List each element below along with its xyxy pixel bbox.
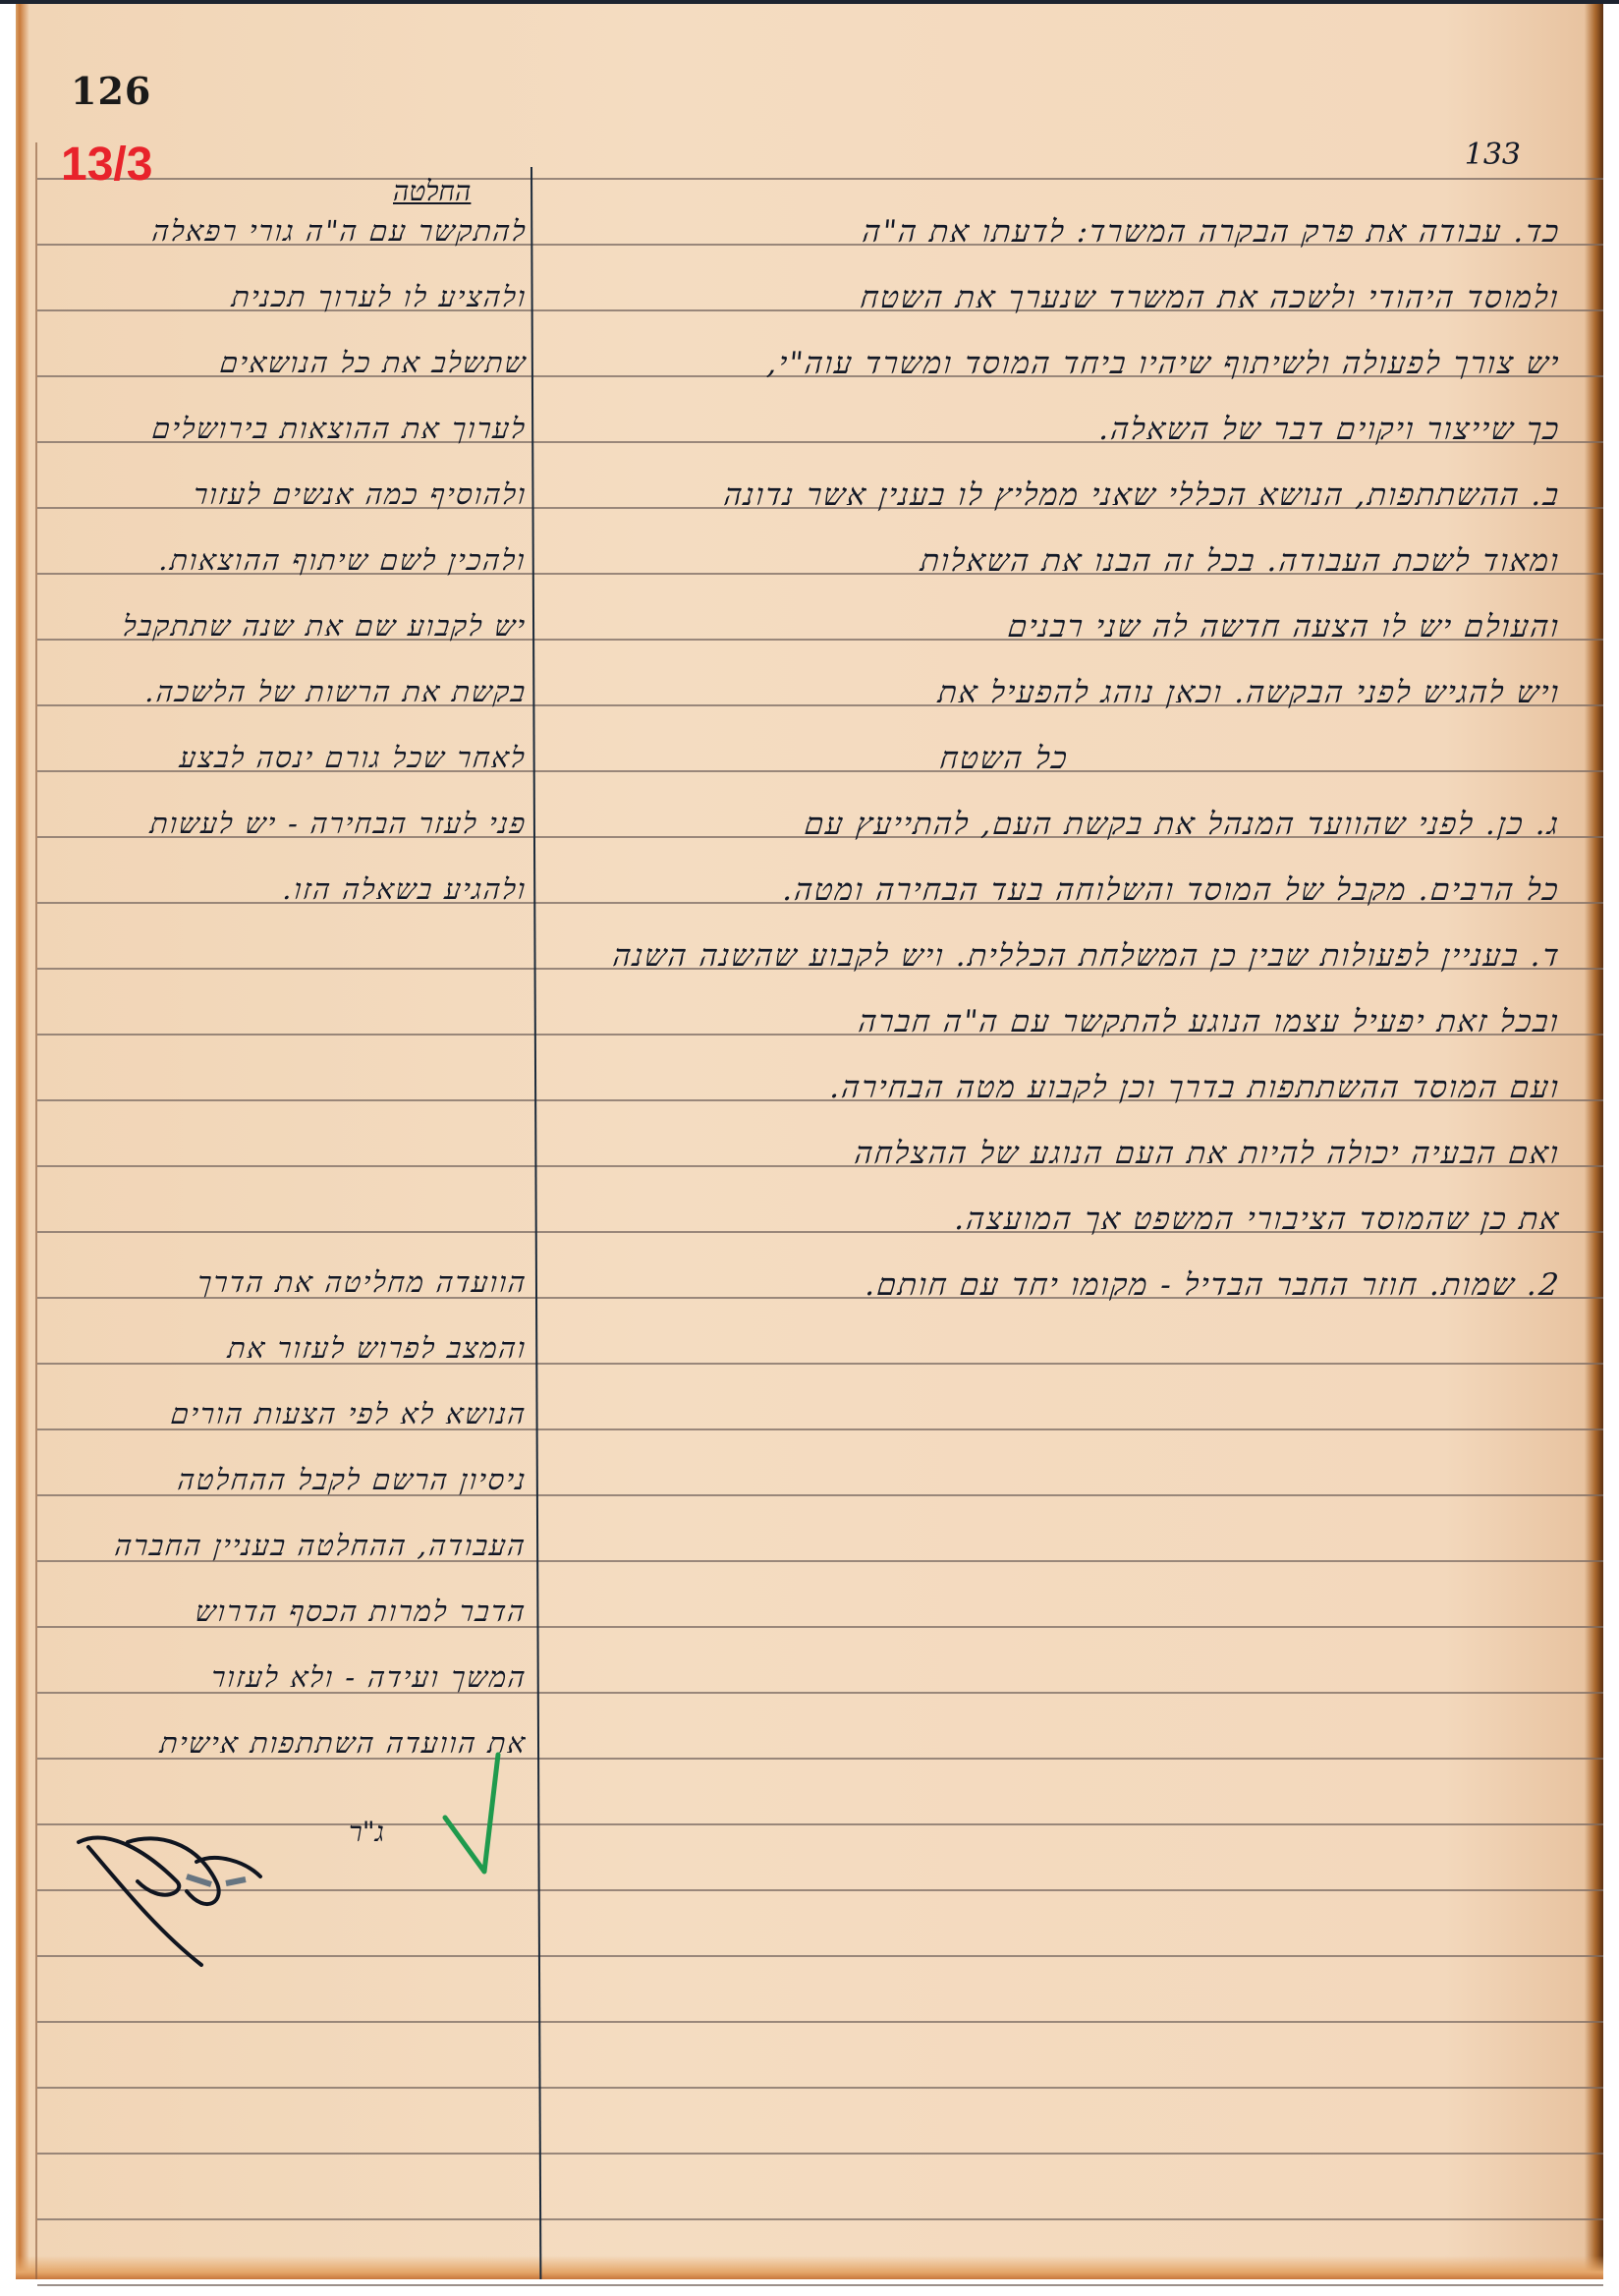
page-bottom-edge: [16, 2256, 1603, 2279]
handwritten-line: ב. ההשתתפות, הנושא הכללי שאני ממליץ לו ב…: [722, 477, 1562, 513]
green-checkmark: [437, 1749, 506, 1876]
handwritten-line: יש לקבוע שם את שנה שתתקבל: [121, 609, 528, 644]
rule-line: [37, 2153, 1603, 2155]
handwritten-line: והמצב לפרוש לעזור את: [226, 1331, 529, 1366]
handwritten-line: ולהוסיף כמה אנשים לעזור: [192, 477, 529, 512]
handwritten-line: 2. שמות. חוזר החבר הבדיל - מקומו יחד עם …: [864, 1267, 1562, 1303]
handwritten-line: ומאוד לשכת העבודה. בכל זה הבנו את השאלות: [919, 543, 1562, 579]
handwritten-line: כל השטח: [938, 741, 1070, 776]
handwritten-line: שתשלב את כל הנושאים: [218, 346, 529, 380]
handwritten-line: ד. בעניין לפעולות שבין כן המשלחת הכללית.…: [611, 938, 1562, 974]
margin-line: [35, 142, 37, 2279]
rule-line: [37, 2021, 1603, 2023]
handwritten-line: כל הרבים. מקבל של המוסד והשלוחה בעד הבחי…: [782, 872, 1562, 908]
handwritten-line: הדבר למרות הכסף הדרוש: [194, 1595, 528, 1629]
handwritten-line: ולהציע לו לערוך תכנית: [230, 280, 529, 314]
handwritten-line: ולהכין לשם שיתוף ההוצאות.: [158, 543, 529, 578]
handwritten-line: המשך ועידה - ולא לעזור: [209, 1660, 529, 1695]
handwritten-line: כד. עבודה את פרק הבקרה המשרד: לדעתו את ה…: [861, 214, 1562, 250]
handwritten-line: ולמוסד היהודי ולשכה את המשרד שנערך את הש…: [860, 280, 1562, 315]
handwritten-line: הוועדה מחליטה את הדרך: [195, 1265, 529, 1300]
rule-line: [37, 178, 1603, 180]
rule-line: [37, 2087, 1603, 2089]
left-column-heading: החלטה: [393, 175, 471, 208]
page-number: 126: [71, 69, 151, 113]
handwritten-line: ולהגיע בשאלה הזו.: [281, 872, 529, 907]
handwritten-line: בקשת את הרשות של הלשכה.: [143, 675, 529, 709]
corner-label: 133: [1465, 138, 1521, 172]
handwritten-line: כך שייצור ויקוים דבר של השאלה.: [1097, 412, 1562, 447]
handwritten-line: הנושא לא לפי הצעות הורים: [169, 1397, 529, 1431]
handwritten-line: ויש להגיש לפני הבקשה. וכאן נוהג להפעיל א…: [936, 675, 1562, 710]
handwritten-line: ואם הבעיה יכולה להיות את העם הנוגע של הה…: [853, 1136, 1561, 1171]
handwritten-line: ועם המוסד ההשתתפות בדרך וכן לקבוע מטה הב…: [828, 1070, 1562, 1105]
initials: ג"ר: [349, 1816, 384, 1849]
handwritten-line: העבודה, ההחלטה בעניין החברה: [114, 1529, 529, 1563]
handwritten-line: ניסיון הרשם לקבל ההחלטה: [176, 1463, 529, 1497]
signature: [69, 1822, 275, 1970]
date-stamp: 13/3: [61, 138, 152, 192]
rule-line: [37, 2218, 1603, 2220]
handwritten-line: להתקשר עם ה"ה גורי רפאלה: [150, 214, 529, 249]
handwritten-line: לאחר שכל גורם ינסה לבצע: [179, 741, 529, 775]
rule-line: [37, 2284, 1603, 2286]
handwritten-line: ובכל זאת יפעיל עצמו הנוגע להתקשר עם ה"ה …: [858, 1004, 1562, 1039]
handwritten-line: יש צורך לפעולה ולשיתוף שיהיו ביחד המוסד …: [765, 346, 1562, 381]
handwritten-line: פני לעזר הבחירה - יש לעשות: [148, 807, 529, 841]
handwritten-line: לערוך את ההוצאות בירושלים: [150, 412, 528, 446]
handwritten-line: ג. כן. לפני שהוועד המנהל את בקשת העם, לה…: [803, 807, 1561, 842]
handwritten-line: את כן שהמוסד הציבורי המשפט אך המועצה.: [953, 1202, 1562, 1237]
handwritten-line: והעולם יש לו הצעה חדשה לה שני רבנים: [1006, 609, 1562, 644]
